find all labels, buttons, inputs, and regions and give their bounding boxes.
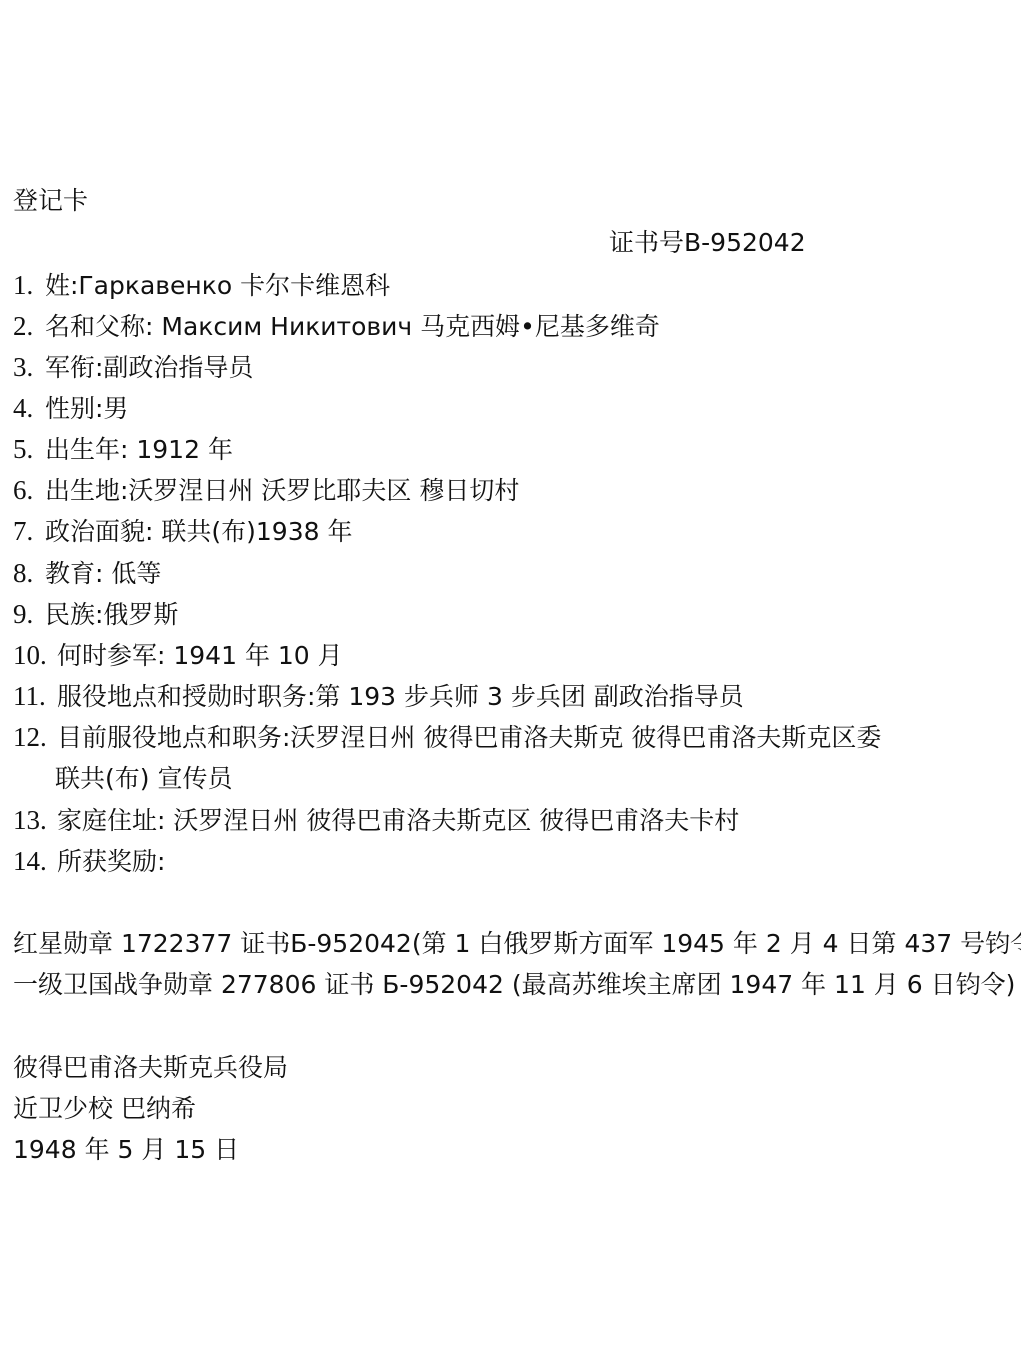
item-number: 11. bbox=[13, 679, 57, 713]
item-text: 姓:Гаркавенко 卡尔卡维恩科 bbox=[45, 271, 390, 300]
award-patriotic-war-1st-class: 一级卫国战争勋章 277806 证书 Б-952042 (最高苏维埃主席团 19… bbox=[13, 968, 1015, 1002]
certificate-number: 证书号B-952042 bbox=[609, 226, 806, 260]
signature-officer: 近卫少校 巴纳希 bbox=[13, 1092, 196, 1126]
item-text: 性别:男 bbox=[45, 394, 128, 423]
item-number: 9. bbox=[13, 597, 45, 631]
list-item-name-patronymic: 2.名和父称: Максим Никитович 马克西姆•尼基多维奇 bbox=[13, 309, 660, 343]
item-number: 6. bbox=[13, 473, 45, 507]
list-item-birthplace: 6.出生地:沃罗涅日州 沃罗比耶夫区 穆日切村 bbox=[13, 473, 519, 507]
item-number: 13. bbox=[13, 803, 57, 837]
item-text: 名和父称: Максим Никитович 马克西姆•尼基多维奇 bbox=[45, 312, 660, 341]
list-item-enlistment-date: 10.何时参军: 1941 年 10 月 bbox=[13, 638, 343, 672]
list-item-current-service: 12.目前服役地点和职务:沃罗涅日州 彼得巴甫洛夫斯克 彼得巴甫洛夫斯克区委 bbox=[13, 720, 881, 754]
item-text: 家庭住址: 沃罗涅日州 彼得巴甫洛夫斯克区 彼得巴甫洛夫卡村 bbox=[57, 806, 739, 835]
item-text: 教育: 低等 bbox=[45, 559, 161, 588]
list-item-awards-heading: 14.所获奖励: bbox=[13, 844, 165, 878]
item-number: 1. bbox=[13, 268, 45, 302]
item-text: 何时参军: 1941 年 10 月 bbox=[57, 641, 343, 670]
document-title: 登记卡 bbox=[13, 184, 88, 218]
item-text: 目前服役地点和职务:沃罗涅日州 彼得巴甫洛夫斯克 彼得巴甫洛夫斯克区委 bbox=[57, 723, 881, 752]
list-item-ethnicity: 9.民族:俄罗斯 bbox=[13, 597, 178, 631]
item-number: 5. bbox=[13, 432, 45, 466]
list-item-service-at-award: 11.服役地点和授勋时职务:第 193 步兵师 3 步兵团 副政治指导员 bbox=[13, 679, 744, 713]
award-red-star: 红星勋章 1722377 证书Б-952042(第 1 白俄罗斯方面军 1945… bbox=[13, 927, 1021, 961]
signature-office: 彼得巴甫洛夫斯克兵役局 bbox=[13, 1051, 288, 1085]
item-text: 出生年: 1912 年 bbox=[45, 435, 233, 464]
item-text: 民族:俄罗斯 bbox=[45, 600, 178, 629]
item-number: 8. bbox=[13, 556, 45, 590]
item-number: 3. bbox=[13, 350, 45, 384]
list-item-surname: 1.姓:Гаркавенко 卡尔卡维恩科 bbox=[13, 268, 390, 302]
item-number: 2. bbox=[13, 309, 45, 343]
signature-date: 1948 年 5 月 15 日 bbox=[13, 1133, 239, 1167]
list-item-education: 8.教育: 低等 bbox=[13, 556, 161, 590]
item-number: 4. bbox=[13, 391, 45, 425]
item-text: 军衔:副政治指导员 bbox=[45, 353, 253, 382]
item-text: 出生地:沃罗涅日州 沃罗比耶夫区 穆日切村 bbox=[45, 476, 519, 505]
item-number: 7. bbox=[13, 514, 45, 548]
list-item-rank: 3.军衔:副政治指导员 bbox=[13, 350, 253, 384]
item-text: 所获奖励: bbox=[57, 847, 165, 876]
item-number: 14. bbox=[13, 844, 57, 878]
list-item-political-affiliation: 7.政治面貌: 联共(布)1938 年 bbox=[13, 514, 352, 548]
item-text: 政治面貌: 联共(布)1938 年 bbox=[45, 517, 352, 546]
item-number: 12. bbox=[13, 720, 57, 754]
item-number: 10. bbox=[13, 638, 57, 672]
item-text: 服役地点和授勋时职务:第 193 步兵师 3 步兵团 副政治指导员 bbox=[57, 682, 744, 711]
list-item-current-service-continuation: 联共(布) 宣传员 bbox=[55, 762, 232, 796]
list-item-home-address: 13.家庭住址: 沃罗涅日州 彼得巴甫洛夫斯克区 彼得巴甫洛夫卡村 bbox=[13, 803, 739, 837]
list-item-birth-year: 5.出生年: 1912 年 bbox=[13, 432, 233, 466]
list-item-gender: 4.性别:男 bbox=[13, 391, 128, 425]
